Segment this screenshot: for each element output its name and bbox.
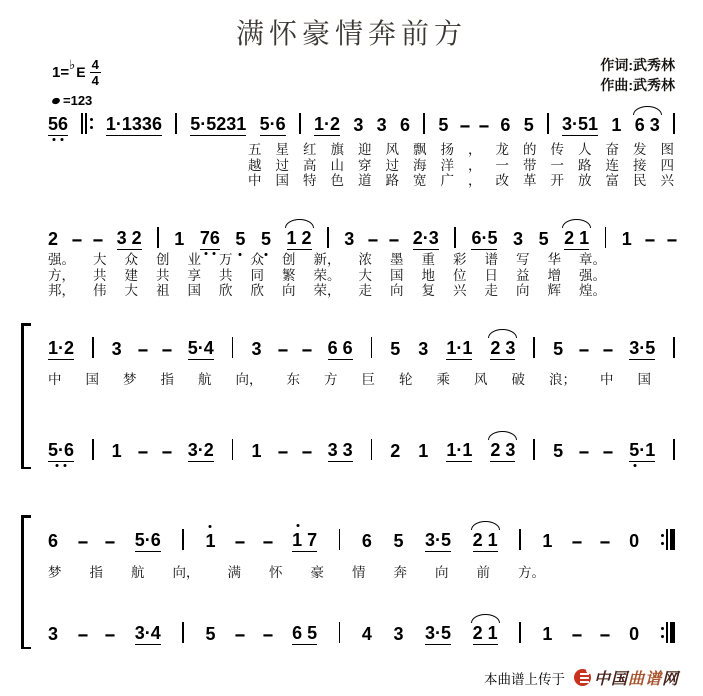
repeat-dots	[661, 622, 664, 643]
lyric-syllable: 梦	[123, 372, 137, 388]
octave-dots	[53, 138, 64, 141]
repeat-end-barline	[661, 622, 675, 643]
lyric-syllable: 扬	[441, 142, 455, 158]
barline	[182, 622, 184, 643]
note: 6	[362, 532, 372, 552]
dash-note: -	[161, 442, 173, 462]
repeat-dots	[661, 529, 664, 550]
barline	[175, 113, 177, 134]
lyric-syllable: 中	[48, 372, 62, 388]
note: 3	[418, 340, 428, 360]
lyric-syllable: 新，	[314, 252, 341, 268]
lyric-syllable: 创	[156, 252, 170, 268]
lyric-syllable: 辉	[548, 283, 562, 299]
system-verse-line-2: 2--3 2176551 23--2·36·5352 11--强。大众创业万众创…	[48, 220, 675, 299]
lyric-syllable: 巨	[362, 372, 376, 388]
dash-note: -	[599, 532, 611, 552]
note: 1 7	[292, 531, 317, 552]
lyric-syllable: 特	[303, 173, 317, 189]
music-line-lower: 5·61--3·21--3 3211·12 35--5·1	[48, 432, 675, 462]
site-logo[interactable]: 中国曲谱网	[574, 666, 679, 689]
lyric-syllable: 浓	[359, 252, 373, 268]
dash-note: -	[301, 442, 313, 462]
lyric-syllable: 高	[303, 158, 317, 174]
system-bracket	[21, 517, 30, 647]
lyric-syllable: 走	[359, 283, 373, 299]
note: 5·6	[260, 115, 286, 136]
song-title: 满怀豪情奔前方	[0, 12, 703, 52]
barline	[299, 113, 301, 134]
dash-note: -	[92, 230, 104, 250]
lyric-syllable: 风	[386, 142, 400, 158]
system-chorus-line-1: 1·23--5·43--6 6531·12 35--3·5中国梦指航向，东方巨轮…	[48, 330, 675, 462]
barline	[371, 337, 373, 358]
note: 2 1	[564, 229, 589, 250]
dash-note: -	[602, 442, 614, 462]
lyric-syllable: 富	[606, 173, 620, 189]
note: 1	[418, 442, 428, 462]
note: 2	[48, 230, 58, 250]
dash-note: -	[602, 340, 614, 360]
dash-note: -	[599, 625, 611, 645]
lyric-syllable: 向，	[173, 565, 200, 581]
lyric-syllable: 路	[578, 158, 592, 174]
lyric-syllable: 宽	[413, 173, 427, 189]
barline	[327, 227, 329, 248]
site-logo-text: 中国曲谱网	[594, 666, 679, 689]
note: 3	[377, 116, 387, 136]
composer-credit: 作曲:武秀林	[600, 75, 675, 95]
lyric-syllable: 奔	[394, 565, 408, 581]
octave-dots	[56, 464, 67, 467]
upload-note: 本曲谱上传于	[484, 668, 565, 688]
lyric-syllable: 飘	[413, 142, 427, 158]
dash-note: -	[262, 625, 274, 645]
lyric-syllable: 指	[161, 372, 175, 388]
lyric-syllable: 四	[661, 158, 675, 174]
lyric-syllable: 道	[358, 173, 372, 189]
lyric-syllable: 祖	[156, 283, 170, 299]
note: 5·6	[48, 441, 74, 462]
lyric-syllable: 山	[331, 158, 345, 174]
note: 2	[390, 442, 400, 462]
lyric-syllable: 向	[516, 283, 530, 299]
lyrics-line: 邦，伟大祖国欣欣向荣，走向复兴走向辉煌。	[48, 283, 675, 299]
barline	[157, 227, 159, 248]
note: 56	[48, 115, 68, 136]
barline	[519, 622, 521, 643]
lyrics-line: 中国梦指航向，东方巨轮乘风破浪；中国	[48, 372, 675, 388]
note: 6	[500, 116, 510, 136]
lyric-syllable: ，	[468, 142, 482, 158]
lyrics-block: 中国梦指航向，东方巨轮乘风破浪；中国	[48, 372, 675, 388]
lyrics-line: 越过高山穿过海洋，一带一路连接四	[248, 158, 675, 174]
dash-note: -	[234, 532, 246, 552]
note: 3	[344, 230, 354, 250]
note: 3·5	[425, 531, 451, 552]
key-note: E	[76, 64, 85, 80]
lyric-syllable: 伟	[93, 283, 107, 299]
note: 5	[205, 625, 215, 645]
lyrics-line: 方，共建共享共同繁荣。大国地位日益增强。	[48, 268, 675, 284]
dash-note: -	[104, 532, 116, 552]
note: 5	[553, 340, 563, 360]
note: 2 3	[490, 339, 515, 360]
lyric-syllable: 穿	[358, 158, 372, 174]
barline	[182, 529, 184, 550]
barline	[605, 227, 607, 248]
lyrics-line: 强。大众创业万众创新，浓墨重彩谱写华章。	[48, 252, 675, 268]
lyric-syllable: 邦，	[48, 283, 75, 299]
lyric-syllable: 洋	[441, 158, 455, 174]
lyric-syllable: 国	[86, 372, 100, 388]
lyric-syllable: 日	[485, 268, 499, 284]
lyric-syllable: 奋	[606, 142, 620, 158]
quarter-note-icon	[51, 96, 60, 104]
lyric-syllable: 指	[90, 565, 104, 581]
lyric-syllable: 五	[248, 142, 262, 158]
repeat-dots	[90, 113, 93, 134]
note: 76	[200, 229, 220, 250]
note: 1	[205, 532, 215, 552]
lyric-syllable: 地	[422, 268, 436, 284]
lyric-syllable: 益	[516, 268, 530, 284]
barline	[232, 337, 234, 358]
lyric-syllable: 轮	[399, 372, 413, 388]
dash-note: -	[137, 442, 149, 462]
dash-note: -	[161, 340, 173, 360]
note: 6 5	[292, 624, 317, 645]
system-chorus-line-2: 6--5·61--1 7653·52 11--0梦指航向，满怀豪情奔向前方。3-…	[48, 522, 675, 645]
lyric-syllable: 前	[477, 565, 491, 581]
dash-note: -	[666, 230, 678, 250]
barline	[547, 113, 549, 134]
dash-note: -	[367, 230, 379, 250]
note: 6	[48, 532, 58, 552]
flat-symbol: ♭	[69, 57, 75, 73]
lyric-syllable: 国	[188, 283, 202, 299]
lyric-syllable: 破	[512, 372, 526, 388]
lyric-syllable: 向	[435, 565, 449, 581]
lyric-syllable: 方。	[518, 565, 545, 581]
lyric-syllable: 兴	[661, 173, 675, 189]
lyric-syllable: 共	[93, 268, 107, 284]
dash-note: -	[571, 625, 583, 645]
lyric-syllable: 向	[390, 283, 404, 299]
barline	[339, 622, 341, 643]
lyric-syllable: 大	[93, 252, 107, 268]
note: 3·5	[425, 624, 451, 645]
lyric-syllable: 色	[331, 173, 345, 189]
lyric-syllable: 龙	[496, 142, 510, 158]
lyric-syllable: 走	[485, 283, 499, 299]
logo-text-wang: 网	[662, 671, 679, 688]
lyric-syllable: 大	[359, 268, 373, 284]
sheet-music-page: 满怀豪情奔前方 1= ♭ E 4 4 =123 作词:武秀林 作曲:武秀林 56…	[0, 0, 703, 696]
note: 5	[438, 116, 448, 136]
dash-note: -	[459, 116, 471, 136]
note: 1	[542, 532, 552, 552]
dash-note: -	[77, 532, 89, 552]
lyric-syllable: 放	[578, 173, 592, 189]
lyric-syllable: 业	[188, 252, 202, 268]
note: 1	[251, 442, 261, 462]
lyric-syllable: ，	[468, 158, 482, 174]
lyric-syllable: 传	[551, 142, 565, 158]
note: 3	[112, 340, 122, 360]
lyric-syllable: 中	[248, 173, 262, 189]
note: 1·1	[446, 339, 472, 360]
lyric-syllable: 图	[661, 142, 675, 158]
barline	[673, 113, 675, 134]
lyric-syllable: 华	[548, 252, 562, 268]
note: 1	[622, 230, 632, 250]
lyric-syllable: 荣。	[314, 268, 341, 284]
lyric-syllable: 豪	[311, 565, 325, 581]
note: 5	[553, 442, 563, 462]
note: 1 2	[287, 229, 312, 250]
lyric-syllable: 同	[251, 268, 265, 284]
lyric-syllable: 享	[188, 268, 202, 284]
note: 1	[611, 116, 621, 136]
lyric-syllable: 怀	[269, 565, 283, 581]
note: 3 3	[328, 441, 353, 462]
lyric-syllable: 东	[287, 372, 301, 388]
lyric-syllable: 风	[474, 372, 488, 388]
note: 3	[251, 340, 261, 360]
note: 5	[393, 532, 403, 552]
note: 1·2	[314, 115, 340, 136]
barline	[519, 529, 521, 550]
footer: 本曲谱上传于 中国曲谱网	[484, 666, 679, 689]
note: 3	[353, 116, 363, 136]
dash-note: -	[234, 625, 246, 645]
lyric-syllable: 海	[413, 158, 427, 174]
lyric-syllable: 位	[453, 268, 467, 284]
lyric-syllable: 民	[633, 173, 647, 189]
barline	[533, 439, 535, 460]
note: 1	[542, 625, 552, 645]
lyric-syllable: 章。	[579, 252, 606, 268]
lyrics-line: 梦指航向，满怀豪情奔向前方。	[48, 565, 675, 581]
lyric-syllable: 越	[248, 158, 262, 174]
note: 5	[235, 230, 245, 250]
qupu-site-logo-icon	[574, 669, 591, 686]
lyric-syllable: 彩	[453, 252, 467, 268]
lyric-syllable: 浪；	[549, 372, 576, 388]
lyricist-credit: 作词:武秀林	[600, 55, 675, 75]
lyric-syllable: 写	[516, 252, 530, 268]
lyric-syllable: 梦	[48, 565, 62, 581]
note: 3	[513, 230, 523, 250]
lyric-syllable: 强。	[48, 252, 75, 268]
lyric-syllable: 国	[638, 372, 652, 388]
lyric-syllable: 广	[441, 173, 455, 189]
time-signature: 4 4	[90, 58, 101, 87]
lyric-syllable: 发	[633, 142, 647, 158]
lyric-syllable: 万	[219, 252, 233, 268]
lyric-syllable: 带	[523, 158, 537, 174]
lyric-syllable: 一	[496, 158, 510, 174]
lyric-syllable: 谱	[485, 252, 499, 268]
lyric-syllable: 中	[600, 372, 614, 388]
note: 1·1	[446, 441, 472, 462]
lyric-syllable: 方	[324, 372, 338, 388]
lyric-syllable: 建	[125, 268, 139, 284]
note: 3	[393, 625, 403, 645]
barline	[673, 337, 675, 358]
key-signature: 1= ♭ E 4 4	[52, 58, 101, 87]
note: 5	[539, 230, 549, 250]
lyric-syllable: 墨	[390, 252, 404, 268]
lyric-syllable: 共	[156, 268, 170, 284]
rest-note: 0	[629, 625, 639, 645]
note: 5·4	[188, 339, 214, 360]
logo-text-zhongguo: 中国	[594, 671, 628, 688]
barline	[533, 337, 535, 358]
lyrics-block: 梦指航向，满怀豪情奔向前方。	[48, 565, 675, 581]
lyric-syllable: 众	[125, 252, 139, 268]
note: 4	[362, 625, 372, 645]
lyrics-block: 强。大众创业万众创新，浓墨重彩谱写华章。方，共建共享共同繁荣。大国地位日益增强。…	[48, 252, 675, 299]
octave-dots	[633, 464, 636, 467]
lyric-syllable: 欣	[251, 283, 265, 299]
lyric-syllable: 接	[633, 158, 647, 174]
note: 2 1	[473, 531, 498, 552]
lyric-syllable: 旗	[331, 142, 345, 158]
note: 6·5	[471, 229, 497, 250]
octave-dots	[296, 524, 299, 527]
music-line: 6--5·61--1 7653·52 11--0	[48, 522, 675, 552]
octave-dots	[209, 525, 212, 528]
dash-note: -	[71, 230, 83, 250]
meter-numerator: 4	[90, 58, 101, 72]
note: 6 6	[328, 339, 353, 360]
note: 5·6	[135, 531, 161, 552]
lyric-syllable: 复	[422, 283, 436, 299]
lyric-syllable: 众	[251, 252, 265, 268]
lyric-syllable: 航	[198, 372, 212, 388]
lyric-syllable: 国	[390, 268, 404, 284]
lyric-syllable: 星	[276, 142, 290, 158]
rest-note: 0	[629, 532, 639, 552]
note: 3·51	[562, 115, 598, 136]
dash-note: -	[77, 625, 89, 645]
lyric-syllable: 乘	[437, 372, 451, 388]
lyric-syllable: 创	[282, 252, 296, 268]
lyric-syllable: 强。	[579, 268, 606, 284]
note: 3·4	[135, 624, 161, 645]
note: 1·1336	[106, 115, 162, 136]
lyric-syllable: ，	[468, 173, 482, 189]
barline	[673, 439, 675, 460]
key-prefix: 1=	[52, 64, 69, 81]
music-line: 1·23--5·43--6 6531·12 35--3·5	[48, 330, 675, 360]
music-line: 2--3 2176551 23--2·36·5352 11--	[48, 220, 675, 250]
lyric-syllable: 连	[606, 158, 620, 174]
lyric-syllable: 开	[551, 173, 565, 189]
barline	[371, 439, 373, 460]
dash-note: -	[277, 442, 289, 462]
lyric-syllable: 国	[276, 173, 290, 189]
lyric-syllable: 煌。	[579, 283, 606, 299]
barline	[423, 113, 425, 134]
lyric-syllable: 人	[578, 142, 592, 158]
dash-note: -	[388, 230, 400, 250]
note: 5	[390, 340, 400, 360]
lyric-syllable: 的	[523, 142, 537, 158]
lyric-syllable: 荣，	[314, 283, 341, 299]
meter-denominator: 4	[90, 72, 101, 88]
note: 6 3	[635, 116, 660, 136]
dash-note: -	[571, 532, 583, 552]
logo-text-qupu: 曲谱	[628, 671, 662, 688]
dash-note: -	[262, 532, 274, 552]
lyric-syllable: 路	[386, 173, 400, 189]
note: 5·1	[629, 441, 655, 462]
lyric-syllable: 一	[551, 158, 565, 174]
note: 1	[174, 230, 184, 250]
lyric-syllable: 航	[131, 565, 145, 581]
note: 5	[261, 230, 271, 250]
dash-note: -	[578, 340, 590, 360]
lyric-syllable: 重	[422, 252, 436, 268]
repeat-open-barline	[81, 113, 92, 134]
lyric-syllable: 革	[523, 173, 537, 189]
note: 6	[400, 116, 410, 136]
barline	[92, 439, 94, 460]
lyric-syllable: 增	[548, 268, 562, 284]
dash-note: -	[137, 340, 149, 360]
lyric-syllable: 欣	[219, 283, 233, 299]
dash-note: -	[301, 340, 313, 360]
system-verse-line-1: 561·13365·52315·61·23365--653·5116 3五星红旗…	[48, 106, 675, 189]
dash-note: -	[104, 625, 116, 645]
note: 5·5231	[190, 115, 246, 136]
lyric-syllable: 向，	[236, 372, 263, 388]
barline	[92, 337, 94, 358]
lyric-syllable: 繁	[282, 268, 296, 284]
note: 2 3	[490, 441, 515, 462]
note: 2 1	[473, 624, 498, 645]
lyric-syllable: 兴	[453, 283, 467, 299]
note: 3	[48, 625, 58, 645]
lyrics-line: 五星红旗迎风飘扬，龙的传人奋发图	[248, 142, 675, 158]
lyrics-block: 五星红旗迎风飘扬，龙的传人奋发图越过高山穿过海洋，一带一路连接四中国特色道路宽广…	[48, 142, 675, 189]
music-line-lower: 3--3·45--6 5433·52 11--0	[48, 615, 675, 645]
credits: 作词:武秀林 作曲:武秀林	[600, 55, 675, 95]
barline	[339, 529, 341, 550]
note: 2·3	[413, 229, 439, 250]
note: 1	[112, 442, 122, 462]
note: 3·2	[188, 441, 214, 462]
dash-note: -	[578, 442, 590, 462]
lyric-syllable: 大	[125, 283, 139, 299]
dash-note: -	[478, 116, 490, 136]
lyric-syllable: 迎	[358, 142, 372, 158]
lyric-syllable: 向	[282, 283, 296, 299]
lyric-syllable: 过	[276, 158, 290, 174]
lyric-syllable: 情	[352, 565, 366, 581]
repeat-end-barline	[661, 529, 675, 550]
lyric-syllable: 满	[228, 565, 242, 581]
barline	[232, 439, 234, 460]
barline	[454, 227, 456, 248]
note: 5	[524, 116, 534, 136]
lyric-syllable: 红	[303, 142, 317, 158]
music-line: 561·13365·52315·61·23365--653·5116 3	[48, 106, 675, 136]
lyric-syllable: 过	[386, 158, 400, 174]
